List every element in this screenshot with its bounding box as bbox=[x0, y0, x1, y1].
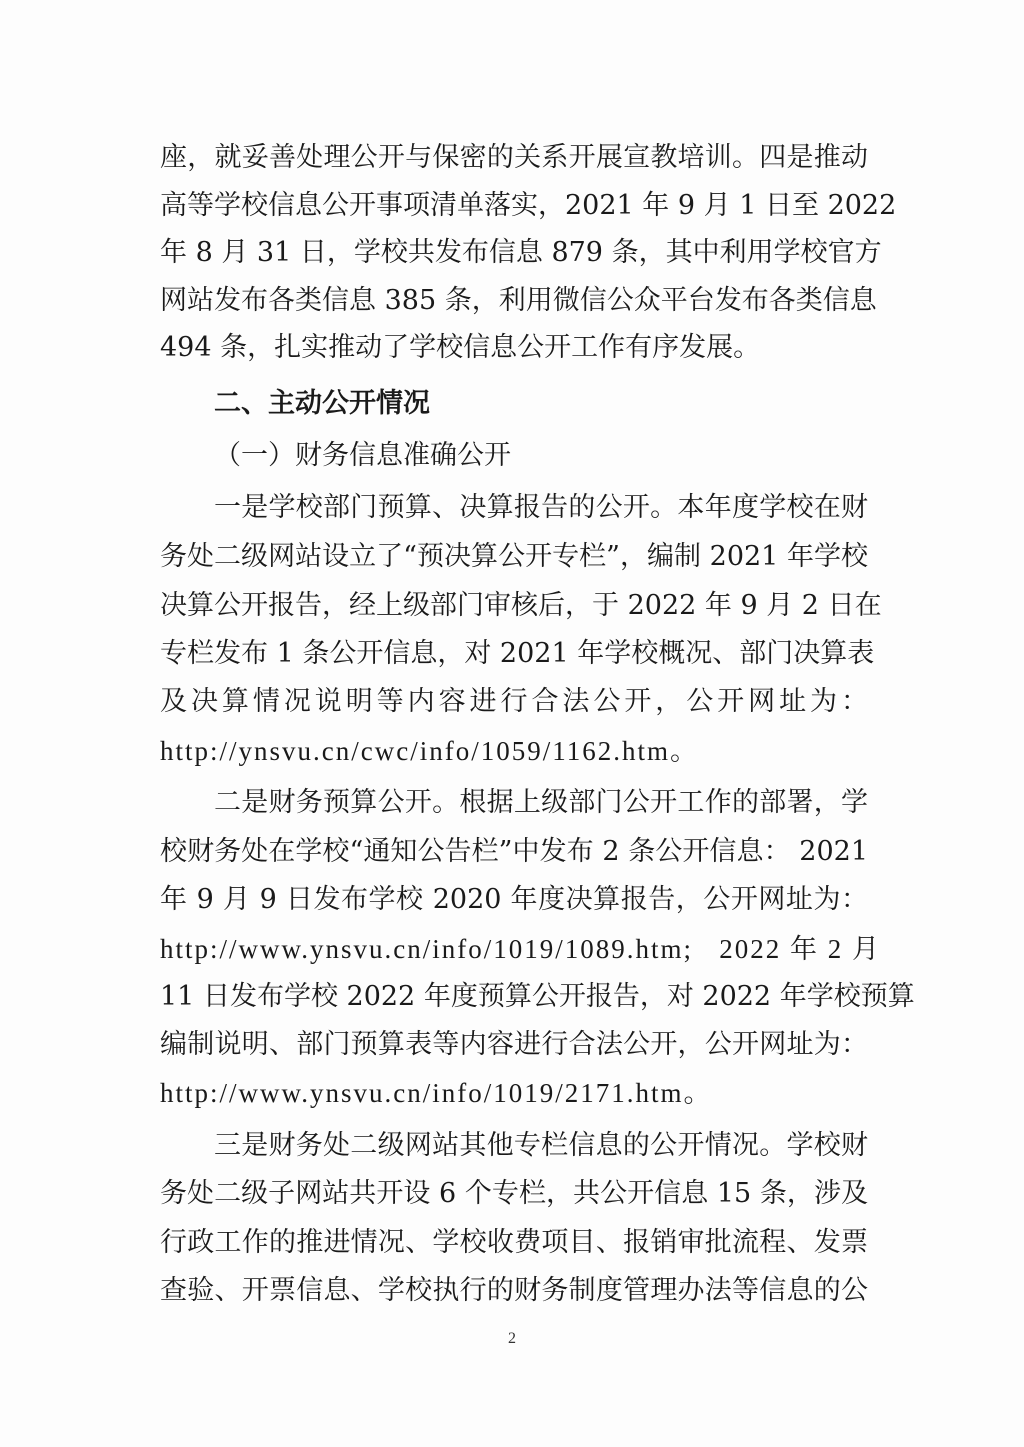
section-heading: 二、主动公开情况 bbox=[214, 384, 868, 424]
paragraph-line: 校财务处在学校“通知公告栏”中发布 2 条公开信息： 2021 bbox=[160, 832, 868, 872]
url-link[interactable]: http://www.ynsvu.cn/info/1019/2171.htm。 bbox=[160, 1073, 868, 1113]
paragraph-line: 二是财务预算公开。根据上级部门公开工作的部署，学 bbox=[214, 783, 868, 823]
url-link[interactable]: http://ynsvu.cn/cwc/info/1059/1162.htm。 bbox=[160, 731, 868, 771]
paragraph-line: 年 8 月 31 日，学校共发布信息 879 条，其中利用学校官方 bbox=[160, 233, 868, 273]
paragraph-line: 行政工作的推进情况、学校收费项目、报销审批流程、发票 bbox=[160, 1223, 868, 1263]
paragraph-line: 及决算情况说明等内容进行合法公开，公开网址为： bbox=[160, 682, 868, 722]
paragraph-line: 494 条，扎实推动了学校信息公开工作有序发展。 bbox=[160, 328, 868, 368]
paragraph-line: 务处二级网站设立了“预决算公开专栏”，编制 2021 年学校 bbox=[160, 537, 868, 577]
url-link[interactable]: http://www.ynsvu.cn/info/1019/1089.htm; … bbox=[160, 929, 868, 969]
paragraph-line: 年 9 月 9 日发布学校 2020 年度决算报告，公开网址为： bbox=[160, 880, 868, 920]
paragraph-line: 决算公开报告，经上级部门审核后，于 2022 年 9 月 2 日在 bbox=[160, 586, 868, 626]
paragraph-line: 座，就妥善处理公开与保密的关系开展宣教培训。四是推动 bbox=[160, 138, 868, 178]
paragraph-line: 务处二级子网站共开设 6 个专栏，共公开信息 15 条，涉及 bbox=[160, 1174, 868, 1214]
page-number: 2 bbox=[502, 1330, 522, 1348]
document-page: 座，就妥善处理公开与保密的关系开展宣教培训。四是推动 高等学校信息公开事项清单落… bbox=[0, 0, 1024, 1447]
paragraph-line: 一是学校部门预算、决算报告的公开。本年度学校在财 bbox=[214, 488, 868, 528]
paragraph-line: 编制说明、部门预算表等内容进行合法公开，公开网址为： bbox=[160, 1025, 868, 1065]
paragraph-line: 11 日发布学校 2022 年度预算公开报告，对 2022 年学校预算 bbox=[160, 977, 868, 1017]
paragraph-line: 高等学校信息公开事项清单落实，2021 年 9 月 1 日至 2022 bbox=[160, 186, 868, 226]
paragraph-line: 专栏发布 1 条公开信息，对 2021 年学校概况、部门决算表 bbox=[160, 634, 868, 674]
paragraph-line: 查验、开票信息、学校执行的财务制度管理办法等信息的公 bbox=[160, 1271, 868, 1311]
subsection-heading: （一）财务信息准确公开 bbox=[214, 436, 868, 476]
paragraph-line: 三是财务处二级网站其他专栏信息的公开情况。学校财 bbox=[214, 1126, 868, 1166]
paragraph-line: 网站发布各类信息 385 条，利用微信公众平台发布各类信息 bbox=[160, 281, 868, 321]
